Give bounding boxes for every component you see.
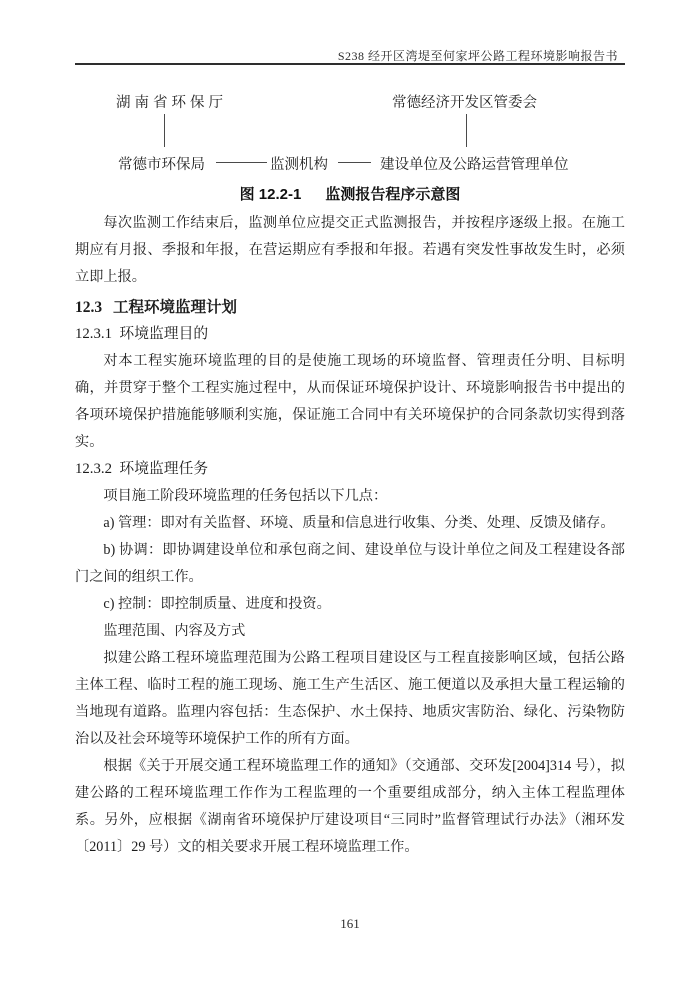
list-item-a: a) 管理：即对有关监督、环境、质量和信息进行收集、分类、处理、反馈及储存。 [75,510,625,537]
section-heading-12-3-1: 12.3.1环境监理目的 [75,321,625,348]
document-page: S238 经开区湾堤至何家坪公路工程环境影响报告书 湖南省环保厅 常德经济开发区… [0,0,700,990]
figure-caption-number: 图 12.2-1 [240,186,302,203]
monitoring-procedure-diagram: 湖南省环保厅 常德经济开发区管委会 常德市环保局 监测机构 建设单位及公路运营管… [78,91,627,179]
body-text: 每次监测工作结束后，监测单位应提交正式监测报告，并按程序逐级上报。在施工期应有月… [75,210,625,861]
figure-caption-title: 监测报告程序示意图 [325,186,460,203]
diagram-connector-vertical-right [466,114,467,147]
diagram-node-construction-unit: 建设单位及公路运营管理单位 [380,153,569,174]
section-number: 12.3 [75,299,102,316]
diagram-connector-horizontal-left [216,162,267,163]
section-heading-12-3: 12.3工程环境监理计划 [75,294,625,321]
paragraph-scope-title: 监理范围、内容及方式 [75,618,625,645]
list-item-c: c) 控制：即控制质量、进度和投资。 [75,591,625,618]
diagram-connector-horizontal-right [338,162,371,163]
paragraph-supervision-purpose: 对本工程实施环境监理的目的是使施工现场的环境监督、管理责任分明、目标明确，并贯穿… [75,348,625,456]
section-title: 环境监理任务 [119,461,208,477]
paragraph-tasks-intro: 项目施工阶段环境监理的任务包括以下几点： [75,483,625,510]
section-number: 12.3.1 [75,326,112,342]
diagram-node-provincial-epb: 湖南省环保厅 [116,91,227,112]
section-heading-12-3-2: 12.3.2环境监理任务 [75,456,625,483]
figure-caption: 图 12.2-1监测报告程序示意图 [0,183,700,204]
diagram-connector-vertical-left [164,114,165,147]
header-rule [75,63,625,65]
section-title: 工程环境监理计划 [113,299,237,316]
diagram-node-devzone-committee: 常德经济开发区管委会 [392,91,537,112]
running-header-title: S238 经开区湾堤至何家坪公路工程环境影响报告书 [338,47,618,64]
paragraph-supervision-scope: 拟建公路工程环境监理范围为公路工程项目建设区与工程直接影响区域，包括公路主体工程… [75,645,625,753]
page-number: 161 [0,916,700,932]
paragraph-supervision-basis: 根据《关于开展交通工程环境监理工作的通知》（交通部、交环发[2004]314 号… [75,753,625,861]
section-number: 12.3.2 [75,461,112,477]
list-item-b: b) 协调：即协调建设单位和承包商之间、建设单位与设计单位之间及工程建设各部门之… [75,537,625,591]
section-title: 环境监理目的 [119,326,208,342]
paragraph-monitoring-reporting: 每次监测工作结束后，监测单位应提交正式监测报告，并按程序逐级上报。在施工期应有月… [75,210,625,291]
diagram-node-city-epb: 常德市环保局 [118,153,205,174]
diagram-node-monitoring-agency: 监测机构 [270,153,328,174]
